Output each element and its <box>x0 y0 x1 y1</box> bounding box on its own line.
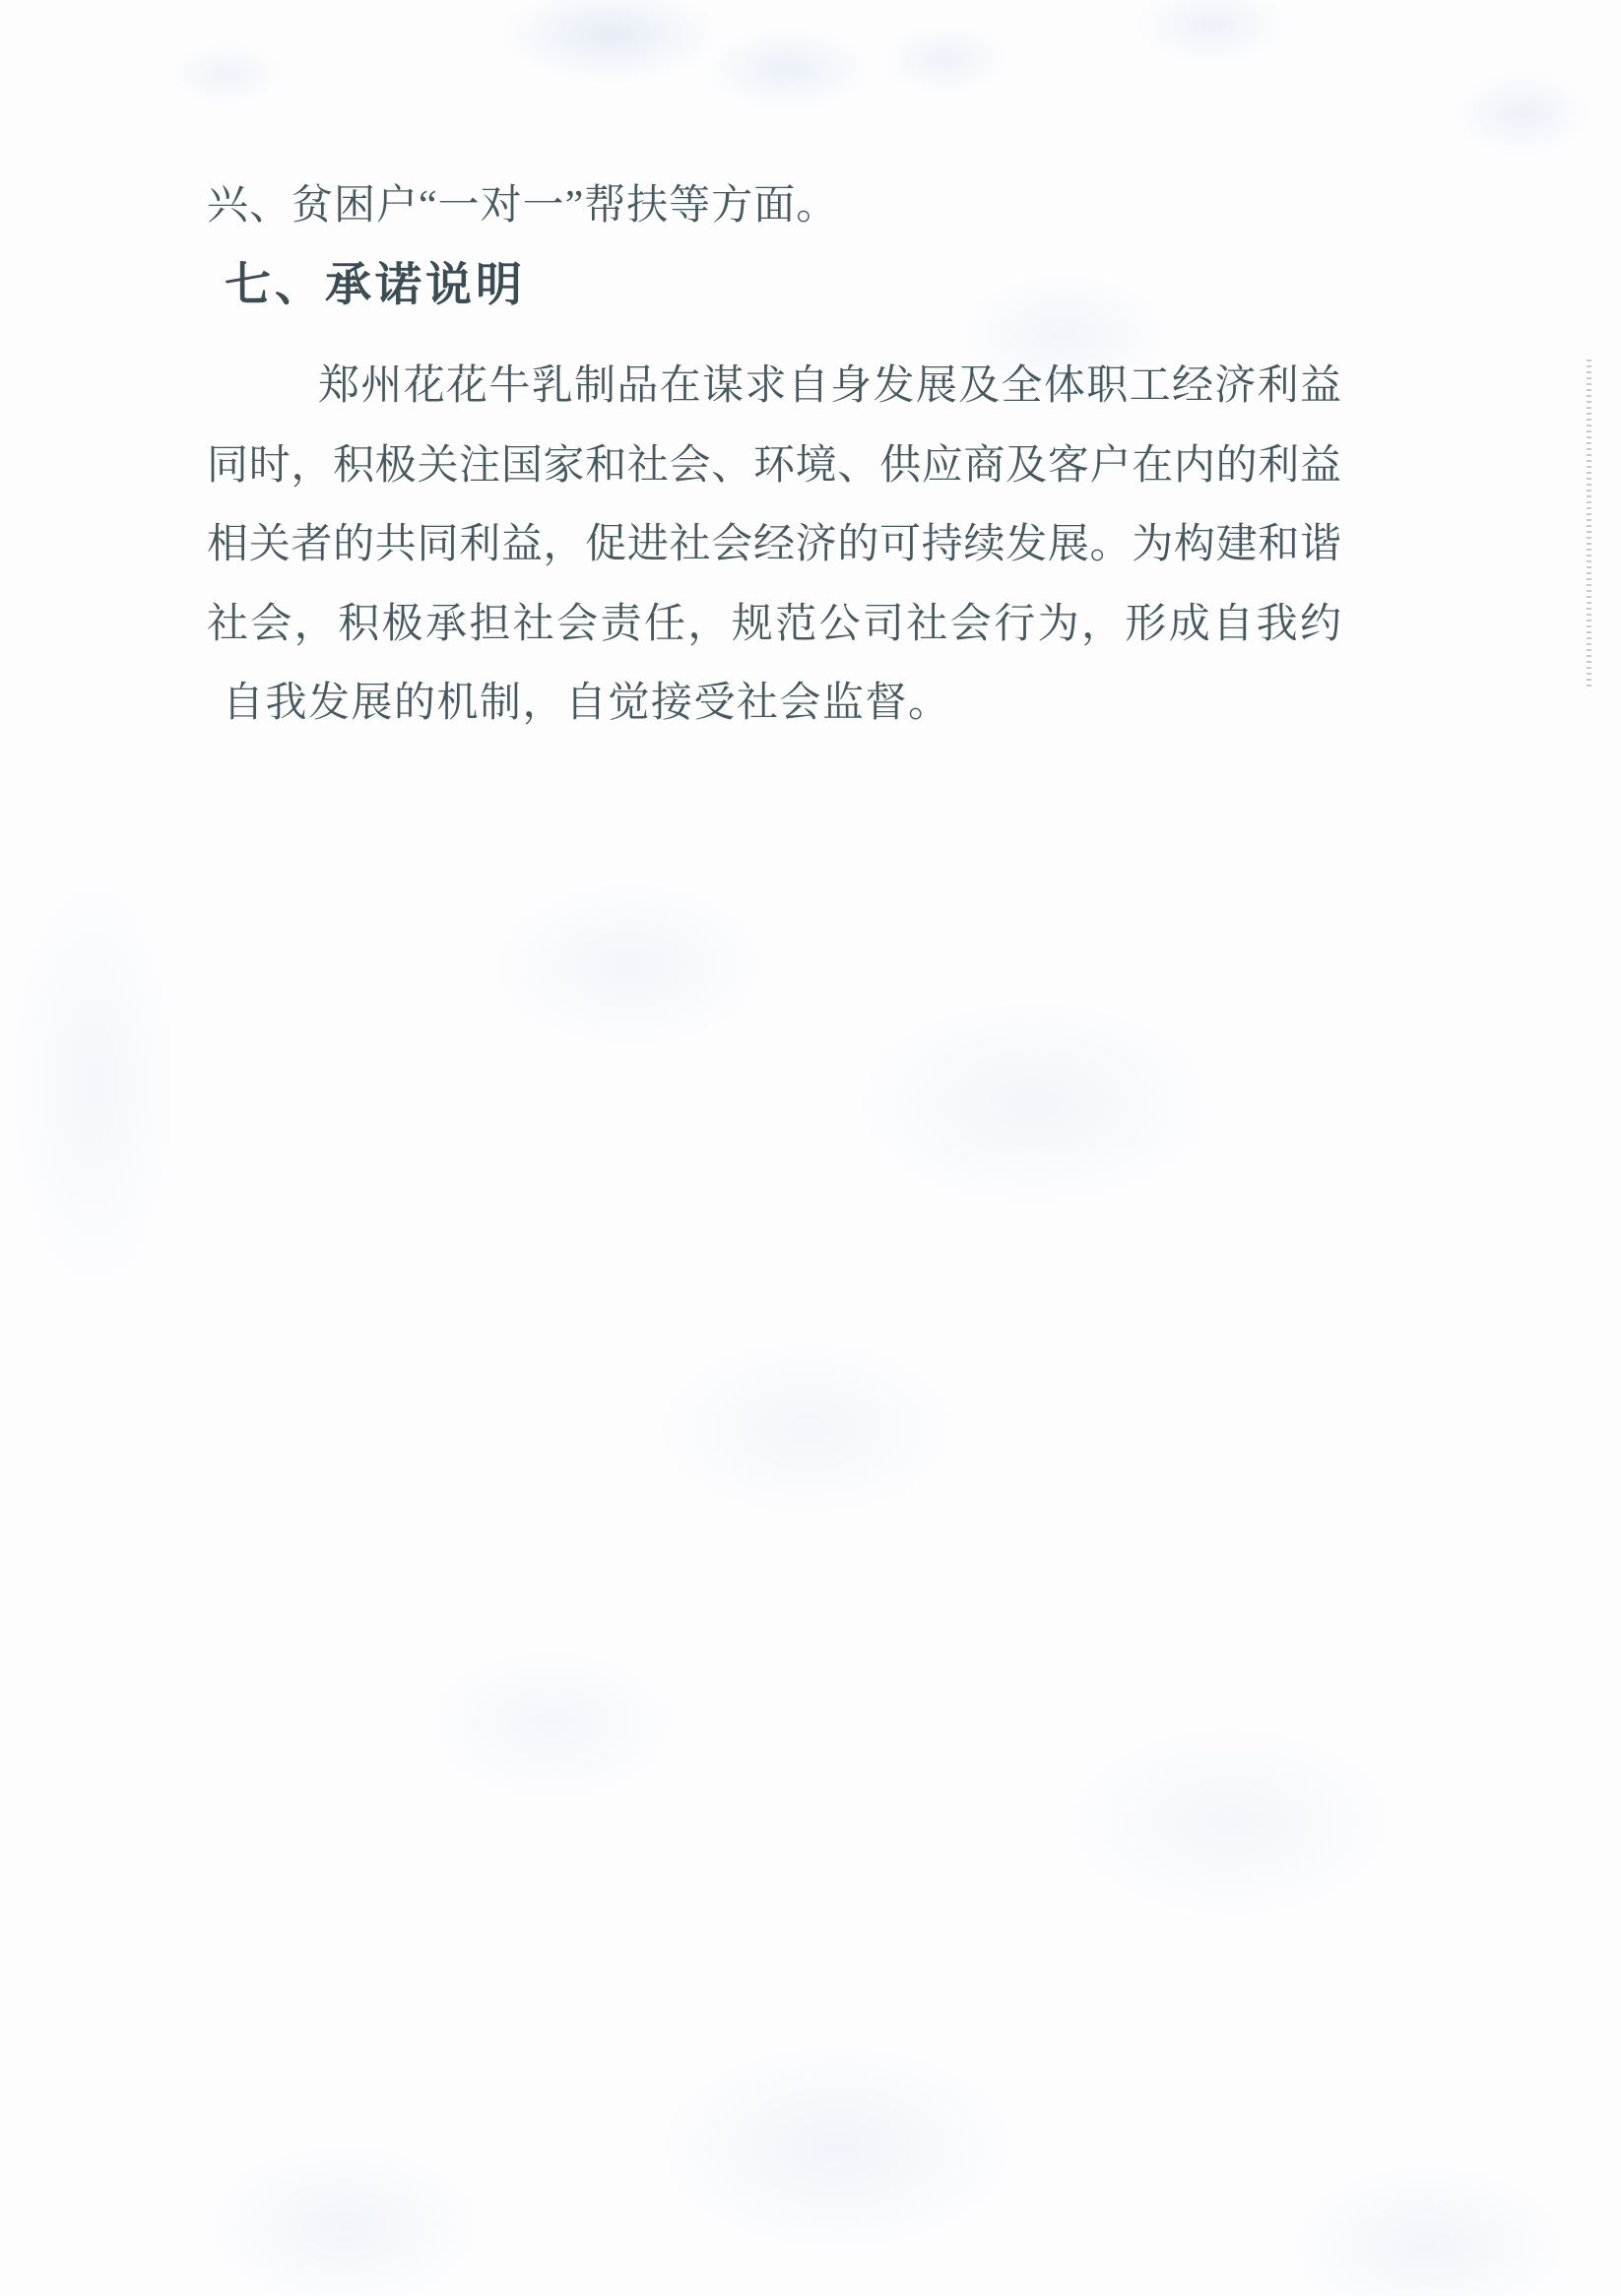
paragraph-line: 郑州花花牛乳制品在谋求自身发展及全体职工经济利益的 <box>207 347 1341 426</box>
paragraph-line: 自我发展的机制，自觉接受社会监督。 <box>207 664 1341 744</box>
previous-section-closing-line: 兴、贫困户“一对一”帮扶等方面。 <box>207 181 1349 230</box>
commitment-paragraph: 郑州花花牛乳制品在谋求自身发展及全体职工经济利益的 同时，积极关注国家和社会、环… <box>207 347 1341 744</box>
scan-noise-layer <box>0 0 1621 2296</box>
paragraph-line: 相关者的共同利益，促进社会经济的可持续发展。为构建和谐 <box>207 505 1341 585</box>
scan-streak-artifact <box>1587 360 1591 689</box>
section-heading: 七、承诺说明 <box>225 258 526 313</box>
paragraph-line: 社会，积极承担社会责任，规范公司社会行为，形成自我约束、 <box>207 585 1341 665</box>
paragraph-line: 同时，积极关注国家和社会、环境、供应商及客户在内的利益 <box>207 426 1341 506</box>
document-page: 兴、贫困户“一对一”帮扶等方面。 七、承诺说明 郑州花花牛乳制品在谋求自身发展及… <box>0 0 1621 2296</box>
